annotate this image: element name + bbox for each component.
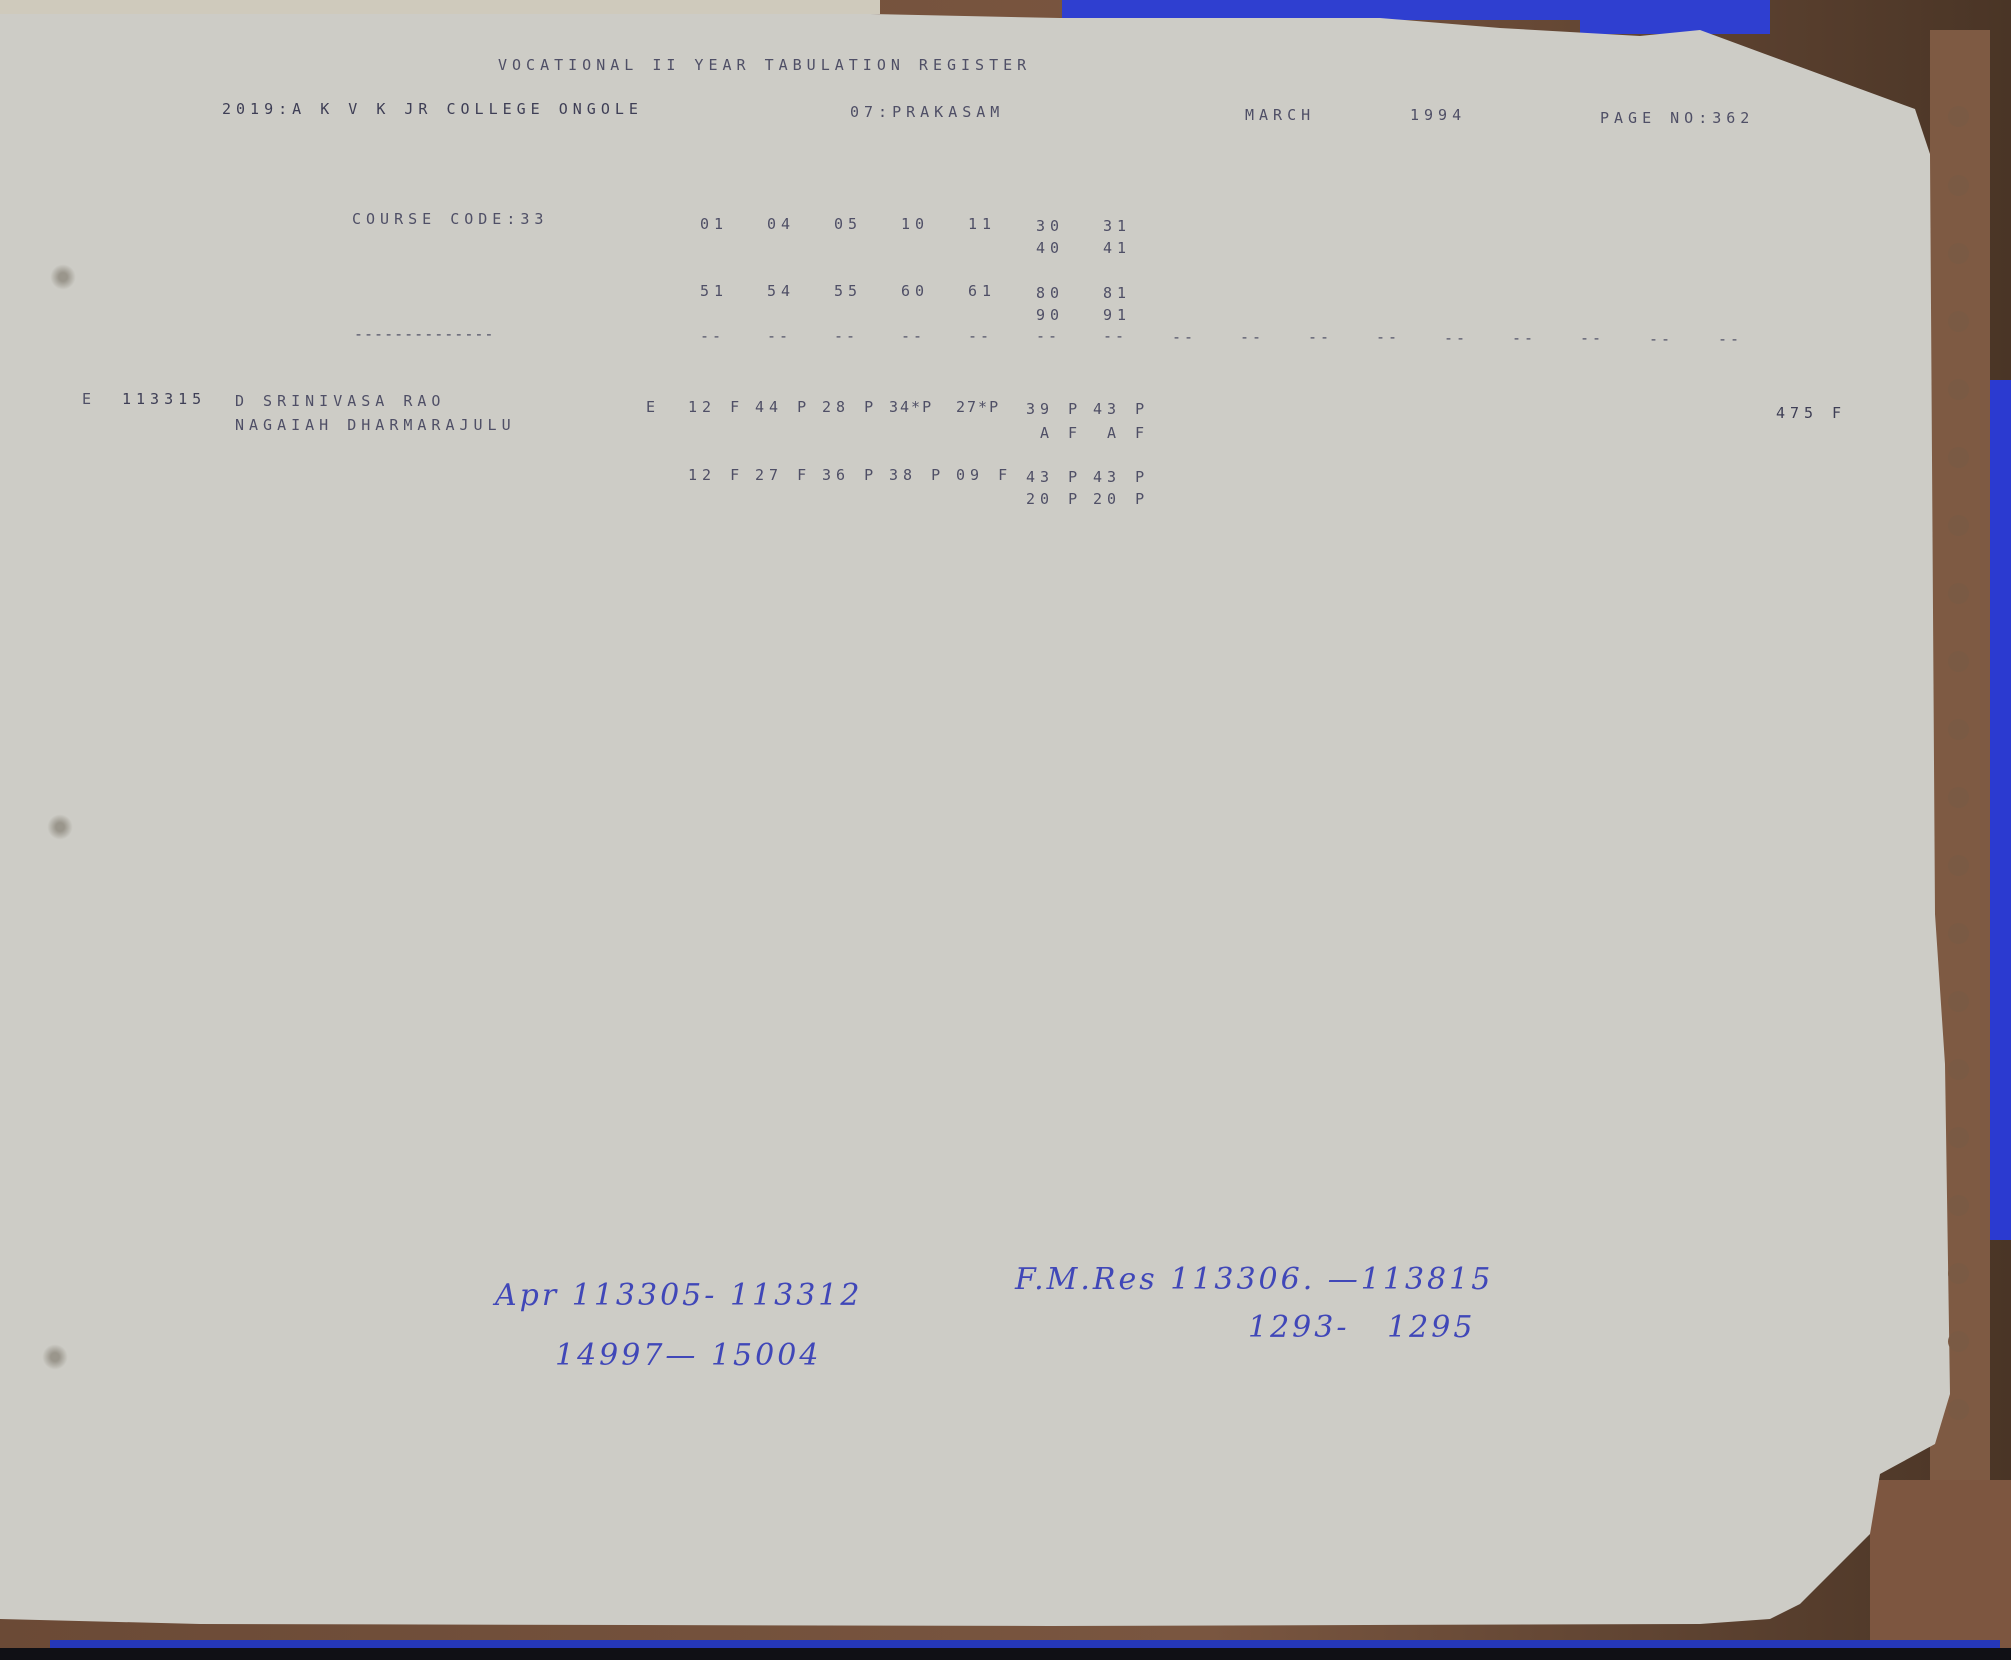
- column-dash: --: [968, 327, 992, 345]
- subject-code: 10: [901, 215, 929, 233]
- subject-sub-code: 40: [1036, 239, 1064, 257]
- mark-cell: 09 F: [956, 466, 1012, 484]
- cardboard-corner: [1870, 1480, 2011, 1660]
- exam-year: 1994: [1410, 106, 1466, 124]
- father-name: NAGAIAH DHARMARAJULU: [235, 416, 516, 434]
- subject-code: 60: [901, 282, 929, 300]
- mark-cell: 27*P: [956, 398, 1000, 416]
- binding-crease: [45, 812, 75, 842]
- mark-cell: 39 P: [1026, 400, 1082, 418]
- subject-code: 61: [968, 282, 996, 300]
- hall-ticket-number: 113315: [122, 390, 206, 408]
- sub-mark-cell: 20 P: [1026, 490, 1082, 508]
- mark-cell: 36 P: [822, 466, 878, 484]
- feed-hole: [1948, 1195, 1969, 1216]
- subject-code: 55: [834, 282, 862, 300]
- sub-mark-cell: A F: [1040, 424, 1082, 442]
- feed-hole: [1948, 379, 1969, 400]
- feed-hole: [1948, 1263, 1969, 1284]
- subject-code: 31: [1103, 217, 1131, 235]
- column-dash: --: [1580, 329, 1604, 347]
- course-code-label: COURSE CODE:33: [352, 210, 548, 228]
- blue-tape-right: [1990, 380, 2011, 1240]
- handwritten-range-1: Apr 113305- 113312: [495, 1278, 862, 1313]
- subject-code: 80: [1036, 284, 1064, 302]
- column-dash: --: [901, 327, 925, 345]
- feed-hole: [1948, 106, 1969, 127]
- exam-month: MARCH: [1245, 106, 1315, 124]
- second-language: E: [646, 398, 660, 416]
- page-number-label: PAGE NO:362: [1600, 108, 1754, 127]
- feed-hole: [1948, 515, 1969, 536]
- subject-sub-code: 91: [1103, 306, 1131, 324]
- student-medium: E: [82, 390, 96, 408]
- subject-code: 51: [700, 282, 728, 300]
- handwritten-range-3: F.M.Res 113306. —113815: [1015, 1262, 1493, 1297]
- subject-code: 30: [1036, 217, 1064, 235]
- page-label: PAGE NO:: [1600, 109, 1712, 127]
- subject-code: 01: [700, 215, 728, 233]
- feed-hole: [1948, 787, 1969, 808]
- binding-crease: [40, 1342, 70, 1372]
- page-number: 362: [1712, 109, 1754, 127]
- sub-mark-cell: A F: [1107, 424, 1149, 442]
- binding-crease: [48, 262, 78, 292]
- mark-cell: 34*P: [889, 398, 933, 416]
- column-dash: --: [1649, 330, 1673, 348]
- column-dash: --: [1103, 327, 1127, 345]
- feed-hole: [1948, 923, 1969, 944]
- district-name: 07:PRAKASAM: [850, 103, 1004, 121]
- feed-hole: [1948, 991, 1969, 1012]
- column-dash: --: [1376, 328, 1400, 346]
- total-marks: 475: [1776, 404, 1818, 422]
- column-dash: --: [767, 327, 791, 345]
- column-dash: --: [700, 327, 724, 345]
- mark-cell: 44 P: [755, 398, 811, 416]
- mark-cell: 43 P: [1093, 400, 1149, 418]
- column-dash: --: [1444, 329, 1468, 347]
- college-name: 2019:A K V K JR COLLEGE ONGOLE: [222, 100, 643, 118]
- handwritten-range-4: 1293- 1295: [1248, 1310, 1475, 1345]
- subject-code: 04: [767, 215, 795, 233]
- bottom-shadow: [0, 1648, 2011, 1660]
- feed-hole: [1948, 1331, 1969, 1352]
- mark-cell: 12 F: [688, 398, 744, 416]
- mark-cell: 43 P: [1026, 468, 1082, 486]
- header-separator: --------------: [354, 325, 494, 343]
- feed-hole: [1948, 447, 1969, 468]
- feed-hole: [1948, 243, 1969, 264]
- column-dash: --: [1036, 327, 1060, 345]
- mark-cell: 27 F: [755, 466, 811, 484]
- sub-mark-cell: 20 P: [1093, 490, 1149, 508]
- mark-cell: 28 P: [822, 398, 878, 416]
- feed-hole: [1948, 855, 1969, 876]
- student-name: D SRINIVASA RAO: [235, 392, 445, 410]
- column-dash: --: [1308, 328, 1332, 346]
- mark-cell: 12 F: [688, 466, 744, 484]
- feed-hole: [1948, 1127, 1969, 1148]
- underlying-sheet: [0, 0, 880, 14]
- subject-code: 05: [834, 215, 862, 233]
- feed-hole: [1948, 719, 1969, 740]
- register-sheet: [0, 14, 1962, 1641]
- subject-code: 81: [1103, 284, 1131, 302]
- column-dash: --: [834, 327, 858, 345]
- column-dash: --: [1718, 330, 1742, 348]
- feed-hole: [1948, 1399, 1969, 1420]
- column-dash: --: [1512, 329, 1536, 347]
- feed-hole: [1948, 311, 1969, 332]
- blue-tape-top-corner: [1580, 0, 1770, 34]
- subject-sub-code: 41: [1103, 239, 1131, 257]
- column-dash: --: [1240, 328, 1264, 346]
- subject-code: 54: [767, 282, 795, 300]
- feed-hole: [1948, 651, 1969, 672]
- register-title: VOCATIONAL II YEAR TABULATION REGISTER: [498, 56, 1031, 74]
- handwritten-range-2: 14997— 15004: [555, 1338, 821, 1373]
- feed-hole: [1948, 175, 1969, 196]
- mark-cell: 38 P: [889, 466, 945, 484]
- final-result: F: [1832, 404, 1846, 422]
- column-dash: --: [1172, 328, 1196, 346]
- feed-hole: [1948, 1059, 1969, 1080]
- subject-code: 11: [968, 215, 996, 233]
- mark-cell: 43 P: [1093, 468, 1149, 486]
- subject-sub-code: 90: [1036, 306, 1064, 324]
- feed-hole: [1948, 583, 1969, 604]
